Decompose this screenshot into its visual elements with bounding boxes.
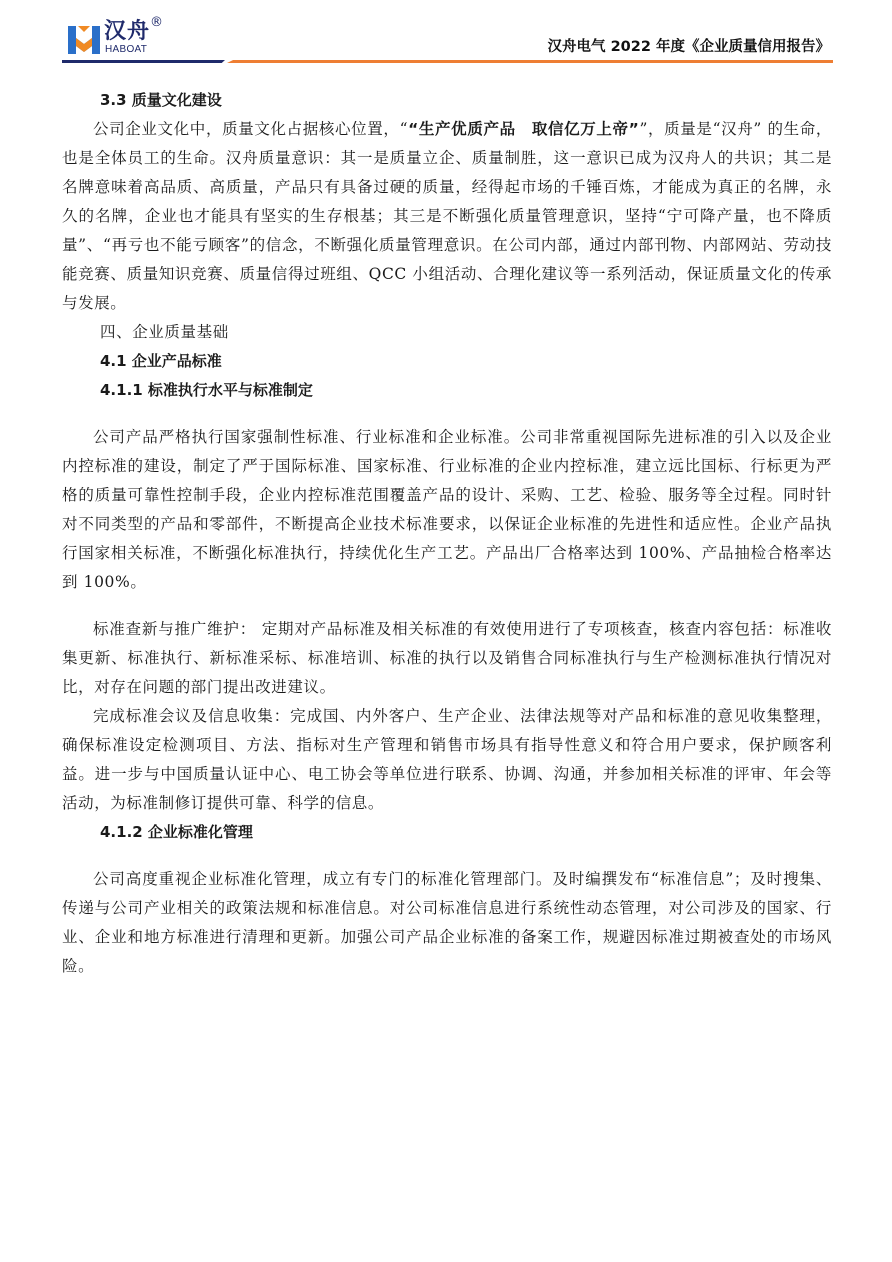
heading-4-1: 4.1 企业产品标准 (62, 347, 832, 376)
paragraph-standards-review: 标准查新与推广维护： 定期对产品标准及相关标准的有效使用进行了专项核查，核查内容… (62, 615, 832, 702)
document-body: 3.3 质量文化建设 公司企业文化中，质量文化占据核心位置，““生产优质产品 取… (62, 86, 832, 981)
registered-mark: ® (150, 16, 163, 30)
paragraph-standards-execution: 公司产品严格执行国家强制性标准、行业标准和企业标准。公司非常重视国际先进标准的引… (62, 423, 832, 597)
heading-4-1-2: 4.1.2 企业标准化管理 (62, 818, 832, 847)
brand-name-en: HABOAT (105, 44, 147, 55)
header-rule-orange (227, 60, 833, 63)
paragraph-standards-meetings: 完成标准会议及信息收集：完成国、内外客户、生产企业、法律法规等对产品和标准的意见… (62, 702, 832, 818)
heading-3-3: 3.3 质量文化建设 (62, 86, 832, 115)
motto-quote: “生产优质产品 取信亿万上帝” (408, 120, 639, 138)
heading-4-1-1: 4.1.1 标准执行水平与标准制定 (62, 376, 832, 405)
heading-section-4: 四、企业质量基础 (62, 318, 832, 347)
header-rule-navy (62, 60, 225, 63)
paragraph-text: ”，质量是“汉舟” 的生命，也是全体员工的生命。汉舟质量意识：其一是质量立企、质… (62, 120, 832, 312)
paragraph-standardization-management: 公司高度重视企业标准化管理，成立有专门的标准化管理部门。及时编撰发布“标准信息”… (62, 865, 832, 981)
report-title: 汉舟电气 2022 年度《企业质量信用报告》 (548, 38, 830, 56)
brand-name-cn: 汉舟 (104, 20, 150, 44)
paragraph-text: 公司企业文化中，质量文化占据核心位置，“ (93, 120, 408, 138)
haboat-logo-icon (68, 24, 100, 56)
page-header: 汉舟 ® HABOAT 汉舟电气 2022 年度《企业质量信用报告》 (0, 0, 892, 70)
paragraph-quality-culture: 公司企业文化中，质量文化占据核心位置，““生产优质产品 取信亿万上帝””，质量是… (62, 115, 832, 318)
